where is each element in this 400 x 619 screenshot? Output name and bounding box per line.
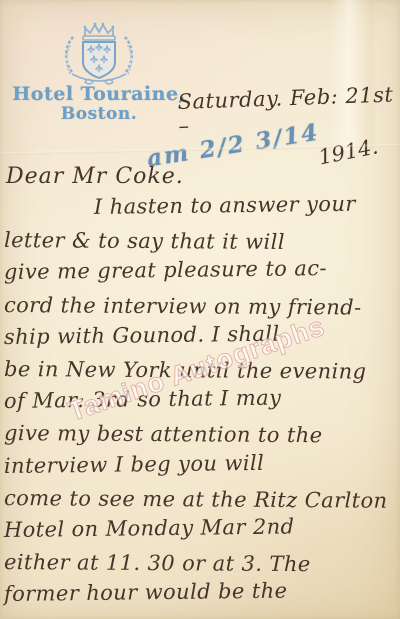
letter-line: give me great pleasure to ac- [4,256,398,293]
letterhead-hotel-name: Hotel Touraine, [6,84,192,104]
letter-greeting: Dear Mr Coke. [6,164,184,189]
letter-scan-page: Hotel Touraine, Boston. Saturday. Feb: 2… [0,0,400,619]
letter-line: Hotel on Monday Mar 2nd [4,513,398,550]
letterhead-city: Boston. [6,104,192,124]
letter-line: of Mar: 3rd so that I may [4,384,398,421]
letter-body: I hasten to answer your letter & to say … [4,196,398,614]
letter-line: ship with Gounod. I shall [4,320,398,357]
hotel-crest-icon [52,20,146,90]
letter-line: interview I beg you will [4,449,398,486]
letter-line: former hour would be the [4,577,398,614]
letter-line: I hasten to answer your [4,191,398,228]
